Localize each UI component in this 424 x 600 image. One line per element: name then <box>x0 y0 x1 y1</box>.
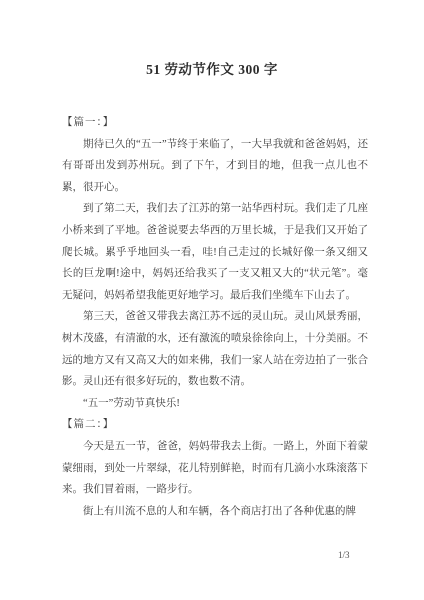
section-2-paragraph: 今天是五一节，爸爸，妈妈带我去上街。一路上，外面下着蒙蒙细雨，到处一片翠绿，花儿… <box>62 436 368 501</box>
document-page: 51 劳动节作文 300 字 【篇一：】 期待已久的“五一”节终于来临了，一大早… <box>0 0 424 600</box>
section-1-paragraph: “五一”劳动节真快乐! <box>62 393 368 415</box>
section-2-header: 【篇二：】 <box>62 414 368 436</box>
section-2-paragraph: 街上有川流不息的人和车辆，各个商店打出了各种优惠的牌 <box>62 501 368 523</box>
section-1-paragraph: 期待已久的“五一”节终于来临了，一大早我就和爸爸妈妈，还有哥哥出发到苏州玩。到了… <box>62 134 368 199</box>
section-1-paragraph: 到了第二天，我们去了江苏的第一站华西村玩。我们走了几座小桥来到了平地。爸爸说要去… <box>62 198 368 306</box>
section-1-header: 【篇一：】 <box>62 112 368 134</box>
essay-section-2: 【篇二：】 今天是五一节，爸爸，妈妈带我去上街。一路上，外面下着蒙蒙细雨，到处一… <box>62 414 368 522</box>
essay-section-1: 【篇一：】 期待已久的“五一”节终于来临了，一大早我就和爸爸妈妈，还有哥哥出发到… <box>62 112 368 414</box>
section-1-paragraph: 第三天，爸爸又带我去离江苏不远的灵山玩。灵山风景秀丽，树木茂盛，有清澈的水，还有… <box>62 306 368 392</box>
document-body: 【篇一：】 期待已久的“五一”节终于来临了，一大早我就和爸爸妈妈，还有哥哥出发到… <box>62 112 368 522</box>
page-number: 1/3 <box>338 550 350 560</box>
document-title: 51 劳动节作文 300 字 <box>0 58 424 78</box>
